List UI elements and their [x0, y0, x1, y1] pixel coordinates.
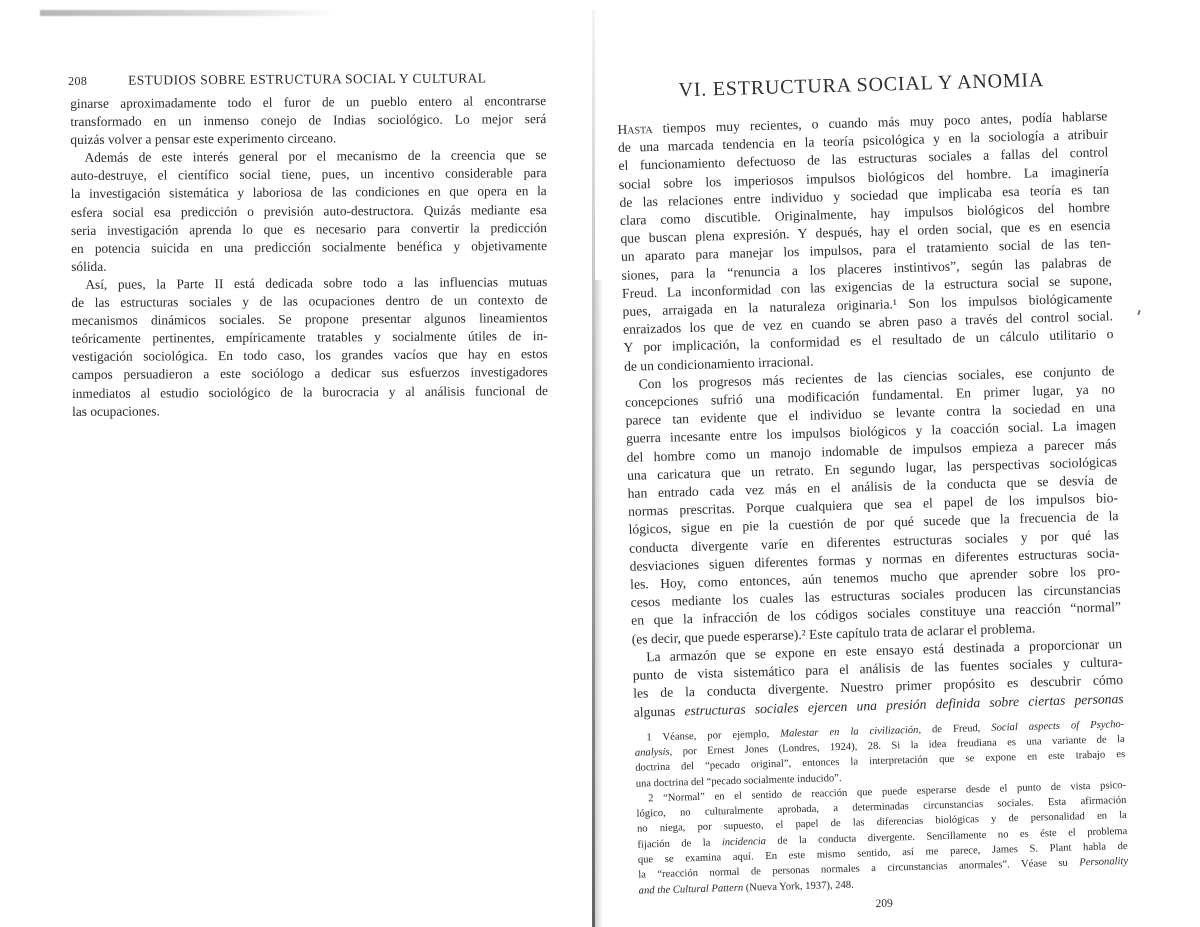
left-page: 208 ESTUDIOS SOBRE ESTRUCTURA SOCIAL Y C… [70, 70, 548, 421]
body-line: transformado en un inmenso conejo de Ind… [70, 110, 546, 131]
left-page-body: ginarse aproximadamente todo el furor de… [70, 92, 548, 421]
right-page-body: Hasta tiempos muy recientes, o cuando má… [617, 107, 1123, 703]
scan-speck [1137, 310, 1141, 315]
body-line: inmediatos al estudio sociológico de la … [72, 382, 548, 403]
running-head: 208 ESTUDIOS SOBRE ESTRUCTURA SOCIAL Y C… [68, 70, 546, 89]
body-line: campos persuadieron a este sociólogo a d… [72, 363, 548, 384]
gutter-shadow [595, 280, 603, 927]
body-line: en potencia suicida en una predicción so… [71, 237, 547, 258]
opening-smallcaps: Hasta [617, 121, 653, 137]
page-number-left: 208 [68, 74, 128, 89]
right-page: VI. ESTRUCTURA SOCIAL Y ANOMIA Hasta tie… [616, 63, 1129, 916]
scan-edge-artifact [40, 10, 340, 16]
body-line-prefix: algunas [634, 703, 685, 719]
body-line: las ocupaciones. [72, 400, 548, 421]
body-line: la investigación sistemática y laboriosa… [71, 183, 547, 204]
running-head-title: ESTUDIOS SOBRE ESTRUCTURA SOCIAL Y CULTU… [128, 70, 486, 88]
chapter-title: VI. ESTRUCTURA SOCIAL Y ANOMIA [616, 67, 1106, 104]
footnotes: 1 Véanse, por ejemplo, Malestar en la ci… [634, 717, 1129, 899]
body-line: esfera social esa predicción o previsión… [71, 201, 547, 222]
